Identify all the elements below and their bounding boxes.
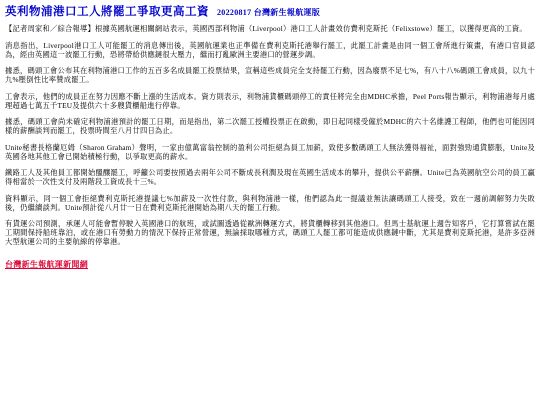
shipping-news-site-link[interactable]: 台灣新生報航運新聞網 xyxy=(5,259,88,270)
article-paragraph: Unite秘書長格蘭厄姆（Sharon Graham）聲明，一家由億萬富翁控制的… xyxy=(5,143,535,161)
article-paragraph: 據悉，碼頭工會公布其在利物浦港口工作的五百多名成員罷工投票結果，宣稱這些成員完全… xyxy=(5,66,535,84)
article-page: 英利物浦港口工人將罷工爭取更高工資 20220817 台灣新生報航運版 【記者周… xyxy=(0,0,540,272)
article-paragraph: 有貨運公司預測，承運人可能會暫停駛入英國港口的航班，或試圖透過從歐洲轉運方式，將… xyxy=(5,219,535,246)
article-paragraph: 資料顯示，同一個工會拒絕費利克斯托港提議七%加薪及一次性付款，與利物浦港一樣，他… xyxy=(5,194,535,212)
article-date-source: 20220817 台灣新生報航運版 xyxy=(217,8,320,17)
article-paragraph: 鐵路工人及其他員工都開始醞釀罷工，呼籲公司要按照過去兩年公司不斷成長利潤及現在英… xyxy=(5,168,535,186)
article-paragraph: 【記者周家和／綜合報導】根據英國航運相關網站表示，英國西部利物浦（Liverpo… xyxy=(5,24,535,33)
headline-row: 英利物浦港口工人將罷工爭取更高工資 20220817 台灣新生報航運版 xyxy=(5,4,535,20)
article-paragraph: 消息指出，Liverpool港口工人可能罷工的消息傳出後，英國航運業也正準備在費… xyxy=(5,41,535,59)
article-body: 【記者周家和／綜合報導】根據英國航運相關網站表示，英國西部利物浦（Liverpo… xyxy=(5,24,535,246)
article-paragraph: 工會表示，他們的成員正在努力因應不斷上漲的生活成本。資方則表示，利物浦貨櫃碼頭停… xyxy=(5,92,535,110)
article-paragraph: 據悉，碼頭工會尚未確定利物浦港預計的罷工日期，而是指出，第二次罷工授權投票正在啟… xyxy=(5,117,535,135)
article-title: 英利物浦港口工人將罷工爭取更高工資 xyxy=(5,6,209,18)
